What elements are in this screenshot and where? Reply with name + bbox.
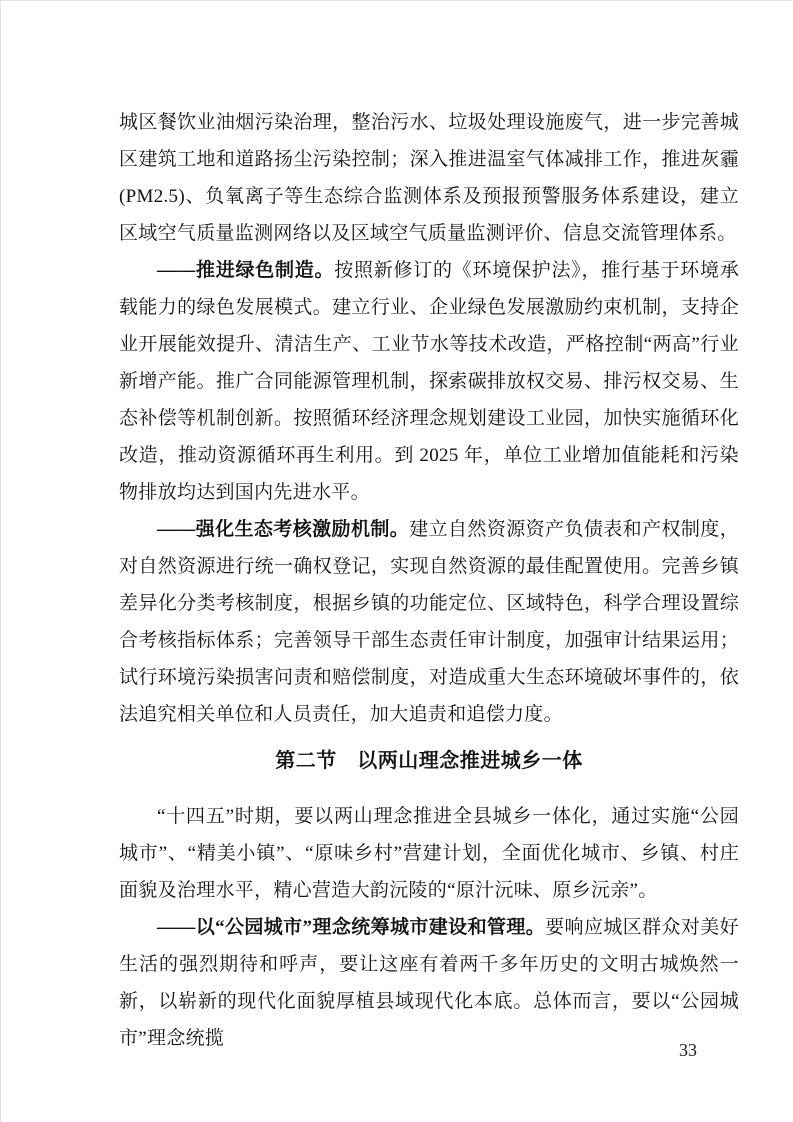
paragraph-urban-rural-integration: “十四五”时期，要以两山理念推进全县城乡一体化，通过实施“公园城市”、“精美小镇… [119, 798, 739, 909]
paragraph-green-manufacturing: ——推进绿色制造。按照新修订的《环境保护法》，推行基于环境承载能力的绿色发展模式… [119, 252, 739, 511]
paragraph-lead: ——强化生态考核激励机制。 [157, 519, 409, 540]
paragraph-body: 按照新修订的《环境保护法》，推行基于环境承载能力的绿色发展模式。建立行业、企业绿… [119, 260, 739, 503]
paragraph-eco-assessment-mechanism: ——强化生态考核激励机制。建立自然资源资产负债表和产权制度，对自然资源进行统一确… [119, 511, 739, 733]
paragraph-lead: ——推进绿色制造。 [157, 260, 334, 281]
paragraph-body: 城区餐饮业油烟污染治理，整治污水、垃圾处理设施废气，进一步完善城区建筑工地和道路… [119, 112, 739, 244]
page-content: 城区餐饮业油烟污染治理，整治污水、垃圾处理设施废气，进一步完善城区建筑工地和道路… [119, 104, 739, 1057]
document-page: 城区餐饮业油烟污染治理，整治污水、垃圾处理设施废气，进一步完善城区建筑工地和道路… [0, 0, 793, 1122]
page-number: 33 [673, 1037, 703, 1063]
paragraph-park-city-concept: ——以“公园城市”理念统筹城市建设和管理。要响应城区群众对美好生活的强烈期待和呼… [119, 909, 739, 1057]
paragraph-body: “十四五”时期，要以两山理念推进全县城乡一体化，通过实施“公园城市”、“精美小镇… [119, 806, 739, 901]
paragraph-lead: ——以“公园城市”理念统筹城市建设和管理。 [157, 917, 545, 938]
paragraph-air-quality: 城区餐饮业油烟污染治理，整治污水、垃圾处理设施废气，进一步完善城区建筑工地和道路… [119, 104, 739, 252]
paragraph-body: 建立自然资源资产负债表和产权制度，对自然资源进行统一确权登记，实现自然资源的最佳… [119, 519, 739, 725]
section-heading: 第二节 以两山理念推进城乡一体 [119, 743, 739, 780]
